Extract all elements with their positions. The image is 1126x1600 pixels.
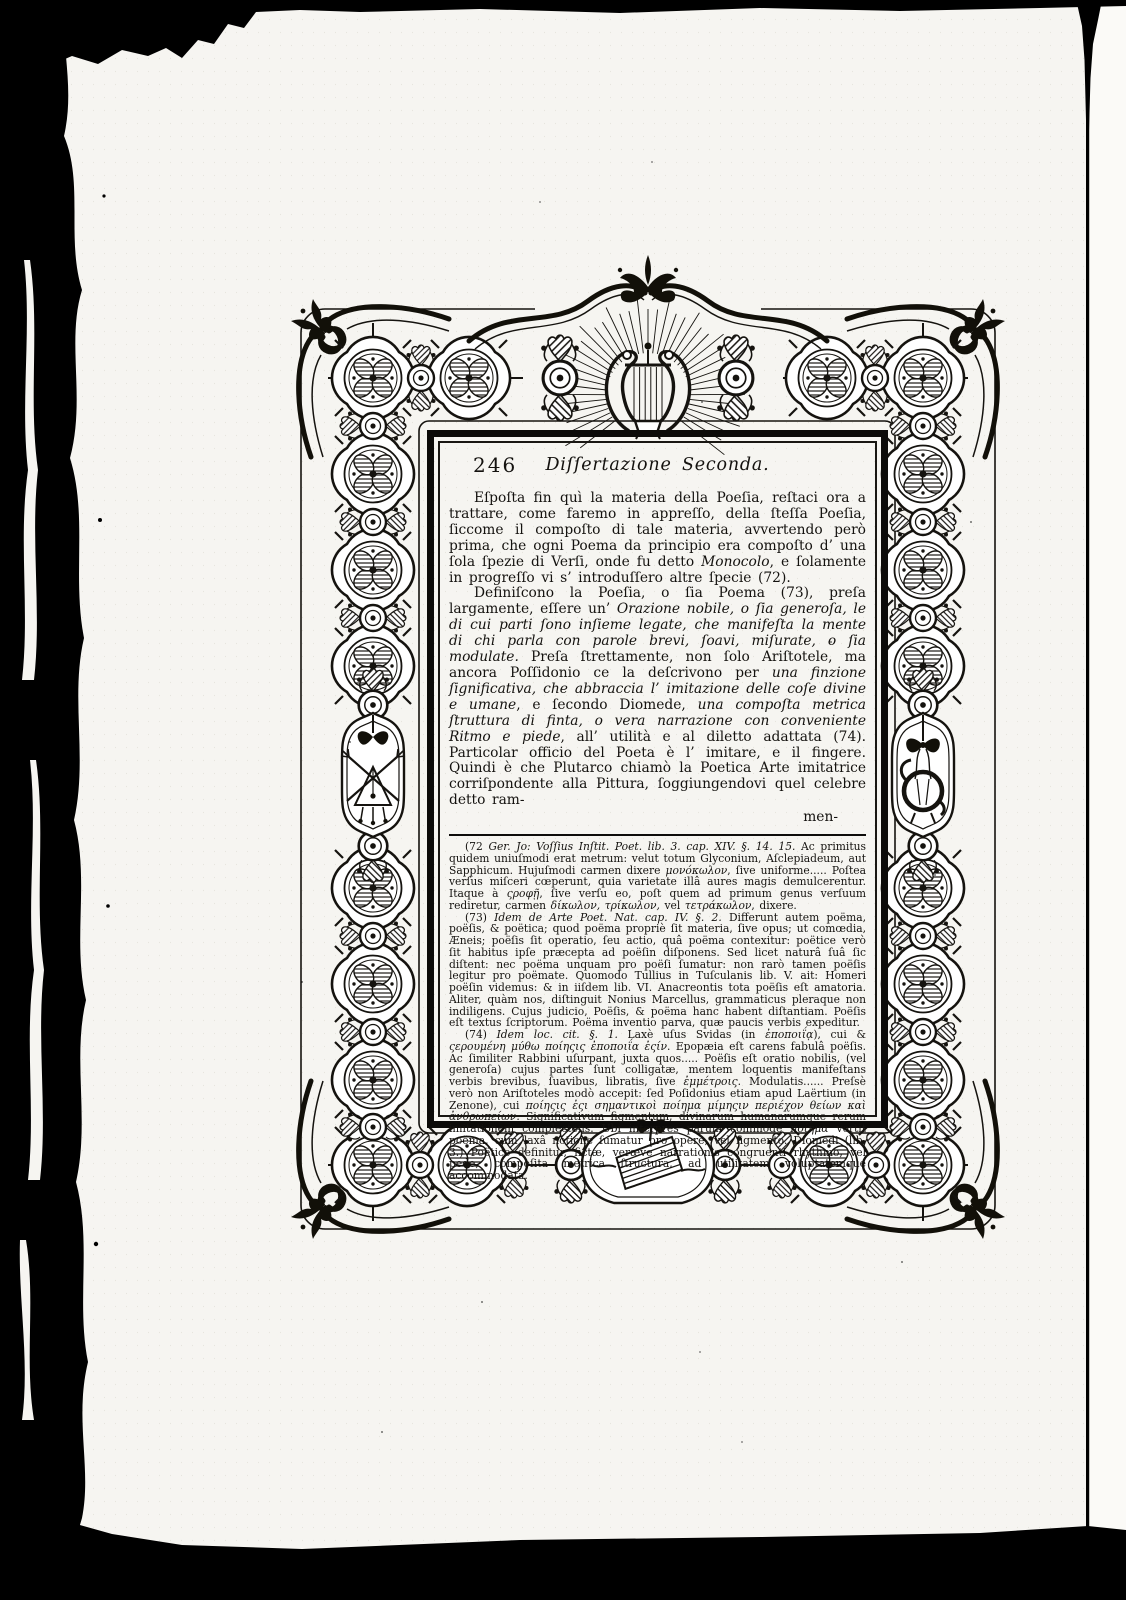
body-paragraph: Eſpoſta fin quì la materia della Poeſia,… [449, 491, 866, 586]
gutter-shadow [0, 0, 88, 1600]
facing-page-sliver [1090, 0, 1126, 1600]
top-scan-band [0, 0, 1126, 74]
page-header: 246 Diſſertazione Seconda. [449, 449, 866, 479]
footnotes: (72 Ger. Jo: Voſſius Inſtit. Poet. lib. … [449, 841, 866, 1182]
pediment [469, 255, 827, 455]
body-text: Eſpoſta fin quì la materia della Poeſia,… [449, 491, 866, 809]
body-paragraph: Definiſcono la Poeſia, o ſia Poema (73),… [449, 586, 866, 809]
footnote: (74) Idem loc. cit. §. 1. Laxè uſus Svid… [449, 1029, 866, 1182]
footnote: (73) Idem de Arte Poet. Nat. cap. IV. §.… [449, 912, 866, 1030]
text-frame: 246 Diſſertazione Seconda. Eſpoſta fin q… [427, 430, 888, 1128]
gutter-flecks [94, 194, 110, 1246]
scanned-book-page: { "page": { "number": "246", "title": "D… [0, 0, 1126, 1600]
page-number: 246 [473, 453, 517, 477]
bottom-scan-band [0, 1512, 1126, 1600]
catchword: men- [449, 809, 866, 825]
page-edge-line [1086, 0, 1089, 1600]
footnote: (72 Ger. Jo: Voſſius Inſtit. Poet. lib. … [449, 841, 866, 912]
footnote-rule [449, 834, 866, 836]
top-right-blob [1076, 0, 1102, 210]
gutter-streaks [20, 260, 44, 1420]
right-cartouche [892, 713, 954, 837]
left-cartouche [341, 713, 405, 837]
